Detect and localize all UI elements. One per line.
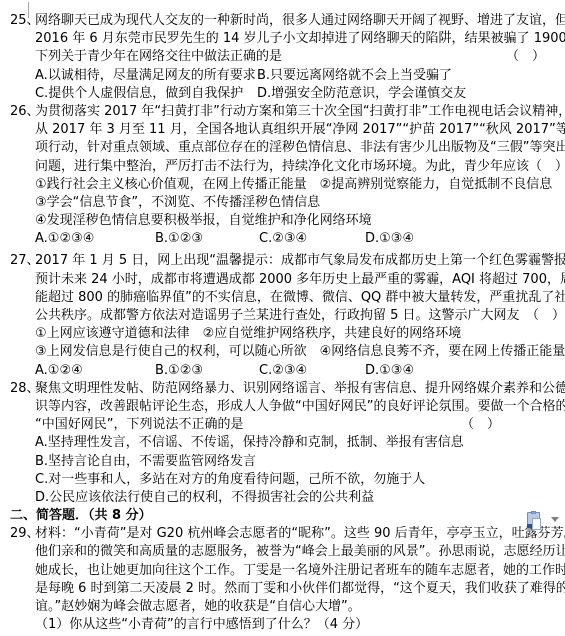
question-25-line-2: 2016 年 6 月东莞市民罗先生的 14 岁儿子小文却掉进了网络聊天的陷阱，结…: [0, 30, 565, 48]
question-28-option-b: B.坚持言论自由，不需要监管网络发言: [0, 453, 565, 471]
question-29-line-5: 谊。”赵妙娴为峰会做志愿者，她的收获是“自信心大增”。: [0, 598, 565, 616]
question-27-number: 27、: [10, 252, 35, 270]
question-27-line-4: 公共秩序。成都警方依法对造谣男子兰某进行查处，行政拘留 5 日。这警示广大网友 …: [0, 307, 565, 325]
question-27-text-1: 2017 年 1 月 5 日，网上出现“温馨提示：成都市气象局发布成都历史上第一…: [35, 253, 565, 268]
text-cursor: [28, 2, 29, 18]
question-26-text-1: 为贯彻落实 2017 年“扫黄打非”行动方案和第三十次全国“扫黄打非”工作电视电…: [35, 104, 565, 119]
question-25-text-1: 网络聊天已成为现代人交友的一种新时尚，很多人通过网络聊天开阔了视野、增进了友谊，…: [35, 13, 565, 28]
question-28-answer-bracket: （ ）: [461, 416, 500, 434]
question-28-line-1: 28、聚焦文明理性发帖、防范网络暴力、识别网络谣言、举报有害信息、提升网络媒介素…: [0, 380, 565, 398]
question-27-option-c: C.②③④: [259, 362, 365, 380]
question-26-line-2: 从 2017 年 3 月至 11 月，全国各地认真组织开展“净网 2017”“护…: [0, 121, 565, 139]
question-26-line-3: 项行动，针对重点领域、重点部位存在的淫秽色情信息、非法有害少儿出版物及“三假”等…: [0, 139, 565, 157]
question-26-item-1-2: ①践行社会主义核心价值观，在网上传播正能量 ②提高辨别觉察能力，自觉抵制不良信息: [0, 176, 565, 194]
question-25-option-b: B.只要远离网络就不会上当受骗了: [257, 68, 452, 83]
question-27-item-1-2: ①上网应该遵守道德和法律 ②应自觉维护网络秩序，共建良好的网络环境: [0, 325, 565, 343]
clipboard-stamp: [527, 524, 532, 528]
question-25-option-c: C.提供个人虚假信息，做到自我保护: [35, 85, 257, 103]
question-27-option-a: A.①②④: [35, 362, 155, 380]
question-26-option-d: D.①③④: [365, 231, 414, 246]
question-29-line-1: 29、材料：“小青荷”是对 G20 杭州峰会志愿者的“昵称”。这些 90 后青年…: [0, 525, 565, 543]
question-25-answer-bracket: （ ）: [506, 48, 545, 66]
paste-options-button[interactable]: [525, 510, 545, 532]
question-26-item-4: ④发现淫秽色情信息要积极举报，自觉维护和净化网络环境: [0, 212, 565, 230]
question-25-number: 25、: [10, 12, 35, 30]
question-25-line-1: 25、网络聊天已成为现代人交友的一种新时尚，很多人通过网络聊天开阔了视野、增进了…: [0, 12, 565, 30]
question-25-option-d: D.增强安全防范意识，学会谨慎交友: [257, 86, 466, 101]
question-27-item-3-4: ③上网发信息是行使自己的权利，可以随心所欲 ④网络信息良莠不齐，要在网上传播正能…: [0, 343, 565, 361]
question-25-stem: 下列关于青少年在网络交往中做法正确的是: [35, 48, 282, 66]
question-25-option-a: A.以诚相待，尽量满足网友的所有要求: [35, 67, 257, 85]
question-28-line-2: 识等内容，改善跟帖评论生态，形成人人争做“中国好网民”的良好评论氛围。要做一个合…: [0, 398, 565, 416]
question-26-number: 26、: [10, 103, 35, 121]
question-26-item-3: ③学会“信息节食”，不浏览、不传播淫秽色情信息: [0, 194, 565, 212]
document-page: 25、网络聊天已成为现代人交友的一种新时尚，很多人通过网络聊天开阔了视野、增进了…: [0, 0, 565, 636]
question-28-text-1: 聚焦文明理性发帖、防范网络暴力、识别网络谣言、举报有害信息、提升网络媒介素养和公…: [35, 381, 565, 396]
question-27-options: A.①②④B.①②③C.②③④D.①③④: [0, 362, 565, 380]
question-28-stem-line: “中国好网民”，下列说法不正确的是（ ）: [0, 416, 500, 434]
question-27-option-d: D.①③④: [365, 363, 414, 378]
question-28-stem: “中国好网民”，下列说法不正确的是: [35, 416, 243, 434]
question-29-text-1: 材料：“小青荷”是对 G20 杭州峰会志愿者的“昵称”。这些 90 后青年，亭亭…: [35, 526, 565, 541]
question-25-stem-line: 下列关于青少年在网络交往中做法正确的是（ ）: [0, 48, 545, 66]
question-29-line-3: 她成长，也让她更加向往这个工作。丁雯是一名境外注册记者班车的随车志愿者，她的工作…: [0, 562, 565, 580]
question-28-option-d: D.公民应该依法行使自己的权利，不得损害社会的公共利益: [0, 489, 565, 507]
question-25-options-ab: A.以诚相待，尽量满足网友的所有要求B.只要远离网络就不会上当受骗了: [0, 67, 565, 85]
question-28-option-c: C.对一些事和人，多站在对方的角度看待问题，己所不欲，勿施于人: [0, 471, 565, 489]
question-25-options-cd: C.提供个人虚假信息，做到自我保护D.增强安全防范意识，学会谨慎交友: [0, 85, 565, 103]
clipboard-clip: [531, 511, 536, 514]
question-28-number: 28、: [10, 380, 35, 398]
question-26-line-1: 26、为贯彻落实 2017 年“扫黄打非”行动方案和第三十次全国“扫黄打非”工作…: [0, 103, 565, 121]
question-29-line-4: 是每晚 6 时到第二天凌晨 2 时。然而丁雯和小伙伴们都觉得，“这个夏天，我们收…: [0, 580, 565, 598]
question-27-line-1: 27、2017 年 1 月 5 日，网上出现“温馨提示：成都市气象局发布成都历史…: [0, 252, 565, 270]
chevron-down-icon[interactable]: [551, 517, 559, 522]
question-26-option-c: C.②③④: [259, 230, 365, 248]
question-27-line-3: 能超过 800 的肺癌临界值”的不实信息，在微博、微信、QQ 群中被大量转发，严…: [0, 289, 565, 307]
question-26-option-a: A.①②③④: [35, 230, 155, 248]
question-26-options: A.①②③④B.①②③C.②③④D.①③④: [0, 230, 565, 248]
clipboard-sheet: [532, 518, 541, 530]
question-29-subquestion-1: （1）你从这些“小青荷”的言行中感悟到了什么？（4 分）: [0, 616, 565, 634]
question-27-line-2: 预计未来 24 小时，成都市将遭遇成都 2000 多年历史上最严重的雾霾，AQI…: [0, 271, 565, 289]
clipboard-paste-icon: [527, 512, 540, 528]
question-27-option-b: B.①②③: [155, 362, 259, 380]
question-28-option-a: A.坚持理性发言，不信谣、不传谣，保持冷静和克制，抵制、举报有害信息: [0, 434, 565, 452]
question-29-line-2: 他们亲和的微笑和高质量的志愿服务，被誉为“峰会上最美丽的风景”。孙思雨说，志愿经…: [0, 543, 565, 561]
question-29-number: 29、: [10, 525, 35, 543]
question-26-option-b: B.①②③: [155, 230, 259, 248]
section-2-heading: 二、简答题．（共 8 分）: [0, 507, 565, 525]
question-26-line-4: 问题，进行集中整治，严厉打击不法行为，持续净化文化市场环境。为此，青少年应该（ …: [0, 158, 565, 176]
